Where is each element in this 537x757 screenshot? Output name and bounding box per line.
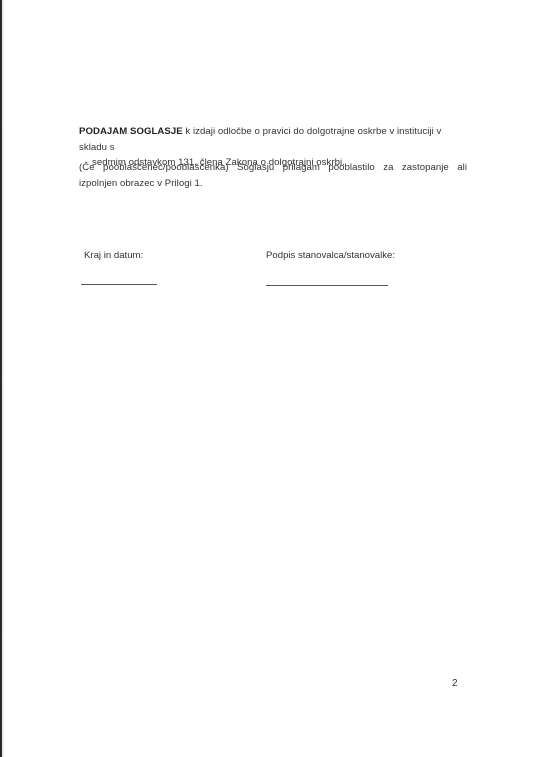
place-date-line (81, 284, 157, 285)
consent-bold-lead: PODAJAM SOGLASJE (79, 126, 183, 137)
signature-line (266, 285, 388, 286)
scan-edge-shadow (2, 0, 5, 757)
place-date-label: Kraj in datum: (84, 250, 143, 261)
authorization-note: (Če pooblaščenec/pooblaščenka) Soglasju … (79, 160, 467, 191)
page-number: 2 (452, 678, 458, 689)
signature-label: Podpis stanovalca/stanovalke: (266, 250, 395, 261)
